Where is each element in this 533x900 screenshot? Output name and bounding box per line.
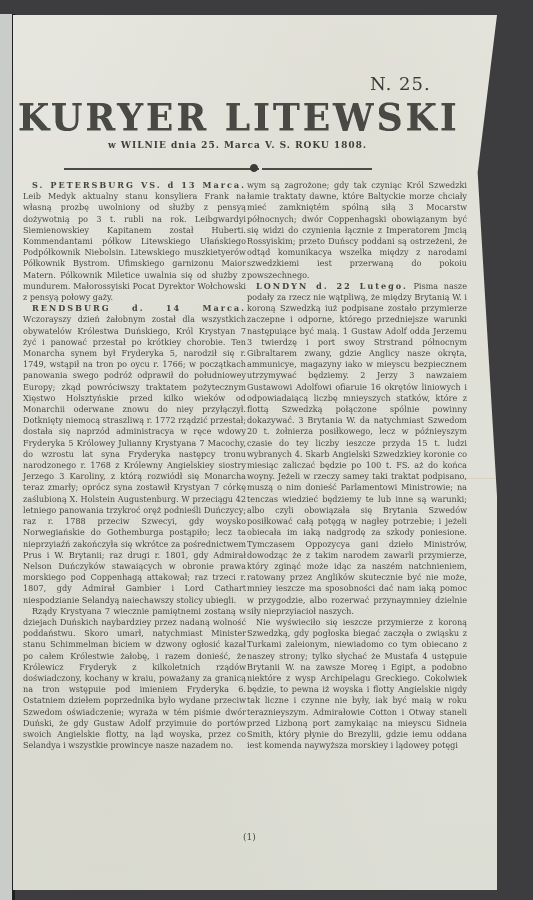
article-heading: LONDYN d. 22 Lutego. xyxy=(256,281,408,291)
right-column: wym są zagrożone; gdy tak czyniąc Król S… xyxy=(247,180,467,751)
article-heading: RENDSBURG d. 14 Marca. xyxy=(32,303,246,313)
ornamental-rule-left xyxy=(64,168,259,170)
ornamental-rule-right xyxy=(262,168,372,170)
article-rendsburg: RENDSBURG d. 14 Marca. Wczorayszy dzień … xyxy=(23,303,246,605)
article-body: Pisma nasze podały za rzecz nie wątpliwą… xyxy=(247,281,467,616)
newspaper-title: KURYER LITEWSKI xyxy=(18,96,438,140)
article-rendsburg-tail: wym są zagrożone; gdy tak czyniąc Król S… xyxy=(247,180,467,281)
article-body: Wczorayszy dzień żałobnym został dla wsz… xyxy=(23,314,246,604)
ornamental-rule-dot xyxy=(250,164,258,172)
article-rendsburg-continued: Rządy Krystyana 7 wiecznie pamiętnemi zo… xyxy=(23,606,246,752)
signature-mark: (1) xyxy=(243,833,256,843)
left-column: S. PETERSBURG VS. d 13 Marca. Leib Medyk… xyxy=(23,180,246,751)
article-body: Nie wyświeciło się ieszcze przymierze z … xyxy=(247,617,467,750)
article-londyn-continued: Nie wyświeciło się ieszcze przymierze z … xyxy=(247,617,467,751)
issue-number: N. 25. xyxy=(370,74,431,95)
dateline: w WILNIE dnia 25. Marca V. S. ROKU 1808. xyxy=(108,141,367,151)
previous-page-edge xyxy=(0,14,15,900)
article-londyn: LONDYN d. 22 Lutego. Pisma nasze podały … xyxy=(247,281,467,617)
article-body: Rządy Krystyana 7 wiecznie pamiętnemi zo… xyxy=(23,606,246,750)
article-body: Leib Medyk aktualny stanu konsyliera Fra… xyxy=(23,191,246,302)
article-body: wym są zagrożone; gdy tak czyniąc Król S… xyxy=(247,180,467,280)
article-heading: S. PETERSBURG VS. d 13 Marca. xyxy=(32,180,246,190)
article-st-petersburg: S. PETERSBURG VS. d 13 Marca. Leib Medyk… xyxy=(23,180,246,303)
